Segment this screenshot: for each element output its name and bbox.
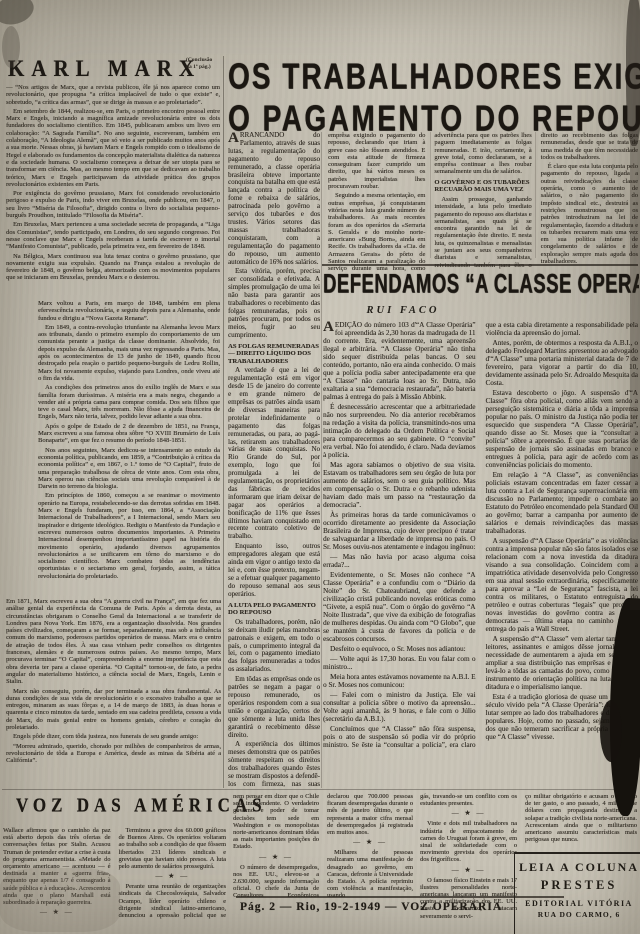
news-item: nem pensar em dizer que o Chile seja ind…: [233, 793, 319, 851]
ink-stain: [626, 0, 640, 146]
item-separator: — ★ —: [327, 838, 413, 847]
smudge: [2, 26, 20, 68]
column-rule: [321, 132, 322, 788]
paragraph: Após o golpe de Estado de 2 de dezembro …: [38, 423, 220, 445]
paragraph: Marx voltou a Paris, em março de 1848, t…: [38, 300, 220, 322]
paragraph: A suspensão d'“A Classe Operária” e as v…: [486, 537, 639, 633]
news-item: Terminou a greve dos 60.000 gráficos de …: [119, 827, 227, 870]
item-separator: — ★ —: [119, 872, 227, 881]
repouso-columns-2-4: emprêsa exigindo o pagamento do repouso,…: [328, 132, 638, 284]
paragraph: Marx não conseguiu, porém, dar por termi…: [6, 688, 221, 732]
paragraph: Em setembro de 1844, realizou-se, em Par…: [6, 108, 220, 188]
paragraph: Os trabalhadores, porém, não se deixam i…: [228, 619, 320, 674]
item-separator: — ★ —: [420, 809, 517, 818]
paragraph: Em Bruxelas, Marx pertenceu a uma socied…: [6, 221, 220, 250]
paragraph: Evidentemente, o Sr. Moses não conhece “…: [323, 571, 476, 643]
paragraph: Enquanto isso, outros empregadores alega…: [228, 543, 320, 598]
paragraph: Em 1849, a contra-revolução triunfante n…: [38, 324, 220, 382]
paragraph: Às primeiras horas da tarde comunicávamo…: [323, 511, 476, 551]
continuation-note: (Conclusão da 1ª pág.): [186, 57, 222, 73]
promo-line-leia: LEIA A COLUNA: [517, 860, 640, 875]
paragraph: — Mas não havia por acaso alguma coisa e…: [323, 553, 476, 569]
paragraph: Em tôdas as emprêsas onde os patrões se …: [228, 676, 320, 739]
paragraph: — Volte aqui às 17,30 horas. Eu vou fala…: [323, 655, 476, 671]
smudge: [0, 868, 120, 932]
ink-stain: [600, 700, 622, 762]
paragraph: ARRANCANDO do Parlamento, através de sua…: [228, 132, 320, 266]
news-item: gás, travando-se um conflito com os estu…: [420, 793, 517, 807]
paragraph: emprêsa exigindo o pagamento do repouso,…: [328, 132, 425, 190]
paragraph: — Falei com o ministro da Justiça. Ele v…: [323, 691, 476, 723]
promo-line-endereco: RUA DO CARMO, 6: [517, 910, 640, 919]
paragraph: Na Bélgica, Marx continuou sua luta tena…: [6, 253, 220, 282]
continuation-note-line2: da 1ª pág.): [186, 64, 222, 71]
paragraph: Mas agora sabíamos o objetivo de sua vis…: [323, 461, 476, 509]
paragraph: Em 1871, Marx escreveu a sua obra “A gue…: [6, 598, 221, 686]
paragraph: Nos anos seguintes, Marx dedicou-se inte…: [38, 447, 220, 491]
karl-marx-body-top: — “Nos artigos de Marx, que a revista pu…: [6, 84, 220, 298]
byline-rui-faco: RUI FACÓ: [338, 305, 468, 318]
paragraph: “Morreu admirado, querido, chorado por m…: [6, 743, 221, 765]
paragraph: Em relação à “A Classe”, as conveniência…: [486, 471, 639, 535]
paragraph: Antes, porém, de obtermos a resposta da …: [486, 339, 639, 387]
newspaper-page: KARL MARX (Conclusão da 1ª pág.) — “Nos …: [0, 0, 640, 934]
paragraph: As condições dos primeiros anos do exíli…: [38, 384, 220, 420]
subhead-luta-pagamento: A LUTA PELO PAGAMENTO DO REPOUSO: [228, 602, 320, 617]
promo-box-leia-coluna: LEIA A COLUNA PRESTES EDITORIAL VITÓRIA …: [514, 852, 640, 934]
paragraph: É claro que esta luta conjunta pelo paga…: [541, 163, 638, 265]
news-item: Milhares de pessoas realizaram uma manif…: [327, 849, 413, 899]
column-rule: [223, 56, 224, 788]
subhead-governo-tubaroes: O GOVÊRNO E OS TUBARÕES RECUARÃO MAIS UM…: [434, 179, 531, 194]
karl-marx-body-middle: Marx voltou a Paris, em março de 1848, t…: [38, 300, 220, 596]
paragraph: A experiência dos últimos meses demonstr…: [228, 741, 320, 788]
classe-operaria-body: A EDIÇÃO do número 103 d'“A Classe Operá…: [323, 321, 638, 788]
paragraph: — “Nos artigos de Marx, que a revista pu…: [6, 84, 220, 106]
paragraph: Em princípios de 1860, começou a se rean…: [38, 492, 220, 580]
section-rule: [2, 789, 622, 790]
item-separator: — ★ —: [420, 866, 517, 875]
karl-marx-body-bottom: Em 1871, Marx escreveu a sua obra “A gue…: [6, 598, 221, 786]
item-separator: — ★ —: [233, 853, 319, 862]
paragraph: A EDIÇÃO do número 103 d'“A Classe Operá…: [323, 321, 476, 401]
scan-shadow: [630, 140, 640, 610]
promo-line-prestes: PRESTES: [517, 878, 640, 893]
subhead-folgas-remuneradas: AS FOLGAS REMUNERADAS — DIREITO LÍQUIDO …: [228, 343, 320, 366]
americas-columns-3-4: nem pensar em dizer que o Chile seja ind…: [233, 793, 413, 903]
paragraph: Engels pôde dizer, com tôda justeza, nos…: [6, 733, 221, 740]
paragraph: É desnecessário acrescentar que a arbitr…: [323, 403, 476, 459]
paragraph: Meia hora antes estávamos novamente na A…: [323, 673, 476, 689]
section-rule: [322, 264, 638, 266]
smudge: [0, 0, 37, 29]
paragraph: Esta vitória, porém, precisa ser consoli…: [228, 268, 320, 339]
repouso-column-1: ARRANCANDO do Parlamento, através de sua…: [228, 132, 320, 788]
paragraph: Estava descoberto o jôgo. A suspensão d'…: [486, 389, 639, 469]
promo-line-editorial: EDITORIAL VITÓRIA: [517, 899, 640, 908]
paragraph: Por exigência do govêrno prussiano, Marx…: [6, 190, 220, 219]
paragraph: Desfeito o equívoco, o Sr. Moses nos adi…: [323, 645, 476, 653]
paragraph: A verdade é que a lei de regulamentação …: [228, 367, 320, 541]
news-item: Vinte e dois mil trabalhadores na indúst…: [420, 820, 517, 863]
